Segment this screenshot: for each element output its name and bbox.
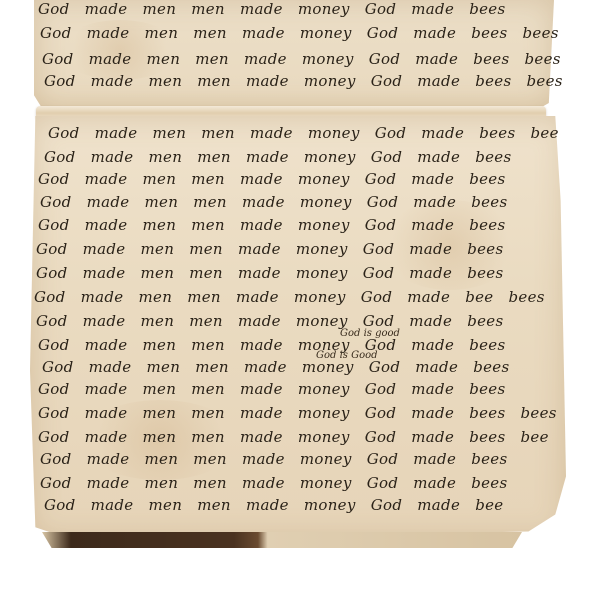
handwritten-line: God made men men made money God made bee… <box>38 0 505 18</box>
handwritten-line: God made men men made money God made bee… <box>38 216 505 234</box>
annotation-god-is-good: God is Good <box>316 350 378 361</box>
handwritten-line: God made men men made money God made bee <box>44 496 503 514</box>
handwritten-line: God made men men made money God made bee… <box>38 170 505 188</box>
annotation-god-is-good: God is good <box>340 328 400 339</box>
handwritten-line: God made men men made money God made bee… <box>38 336 505 354</box>
handwritten-line: God made men men made money God made bee… <box>44 148 511 166</box>
handwritten-line: God made men men made money God made bee… <box>40 193 507 211</box>
handwritten-line: God made men men made money God made bee… <box>40 24 559 42</box>
handwritten-line: God made men men made money God made bee… <box>44 72 563 90</box>
handwritten-line: God made men men made money God made bee… <box>34 288 545 306</box>
handwriting: God made men men made money God made bee… <box>0 0 600 600</box>
handwritten-line: God made men men made money God made bee… <box>42 358 509 376</box>
handwritten-line: God made men men made money God made bee… <box>38 404 557 422</box>
handwritten-line: God made men men made money God made bee… <box>48 124 559 142</box>
handwritten-line: God made men men made money God made bee… <box>38 428 549 446</box>
handwritten-line: God made men men made money God made bee… <box>40 450 507 468</box>
handwritten-line: God made men men made money God made bee… <box>36 312 503 330</box>
handwritten-line: God made men men made money God made bee… <box>42 50 561 68</box>
handwritten-line: God made men men made money God made bee… <box>38 380 505 398</box>
handwritten-line: God made men men made money God made bee… <box>36 264 503 282</box>
handwritten-line: God made men men made money God made bee… <box>36 240 503 258</box>
handwritten-line: God made men men made money God made bee… <box>40 474 507 492</box>
